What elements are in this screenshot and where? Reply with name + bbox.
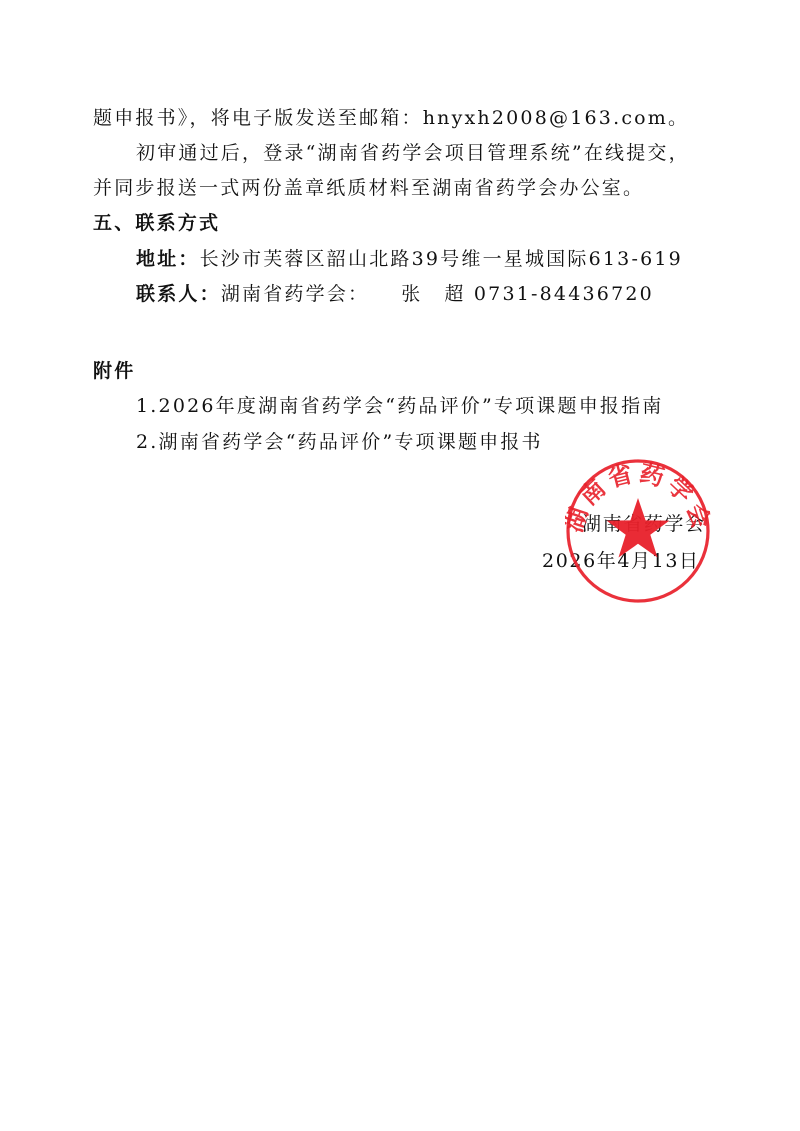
address-value: 长沙市芙蓉区韶山北路39号维一星城国际613-619	[200, 248, 683, 270]
contact-name-first: 张	[401, 283, 422, 305]
email-instruction-line: 题申报书》，将电子版发送至邮箱：hnyxh2008@163.com。	[93, 106, 689, 130]
official-seal-stamp-icon: 湖南省药学会	[565, 458, 711, 604]
address-line: 地址：长沙市芙蓉区韶山北路39号维一星城国际613-619	[136, 247, 683, 271]
seal-star-icon	[607, 498, 670, 558]
attachment-item-1: 1.2026年度湖南省药学会“药品评价”专项课题申报指南	[136, 394, 664, 418]
contact-line: 联系人：湖南省药学会：张超 0731-84436720	[136, 282, 654, 306]
contact-label: 联系人：	[136, 283, 221, 305]
contact-org: 湖南省药学会：	[221, 283, 369, 305]
online-submit-line-1: 初审通过后，登录“湖南省药学会项目管理系统”在线提交，	[136, 141, 690, 165]
online-submit-line-2: 并同步报送一式两份盖章纸质材料至湖南省药学会办公室。	[93, 176, 644, 200]
attachments-heading: 附件	[93, 359, 135, 383]
contact-name-second: 超	[444, 283, 465, 305]
address-label: 地址：	[136, 248, 200, 270]
section-heading-contact: 五、联系方式	[93, 211, 220, 235]
contact-phone: 0731-84436720	[474, 283, 654, 305]
attachment-item-2: 2.湖南省药学会“药品评价”专项课题申报书	[136, 430, 543, 454]
